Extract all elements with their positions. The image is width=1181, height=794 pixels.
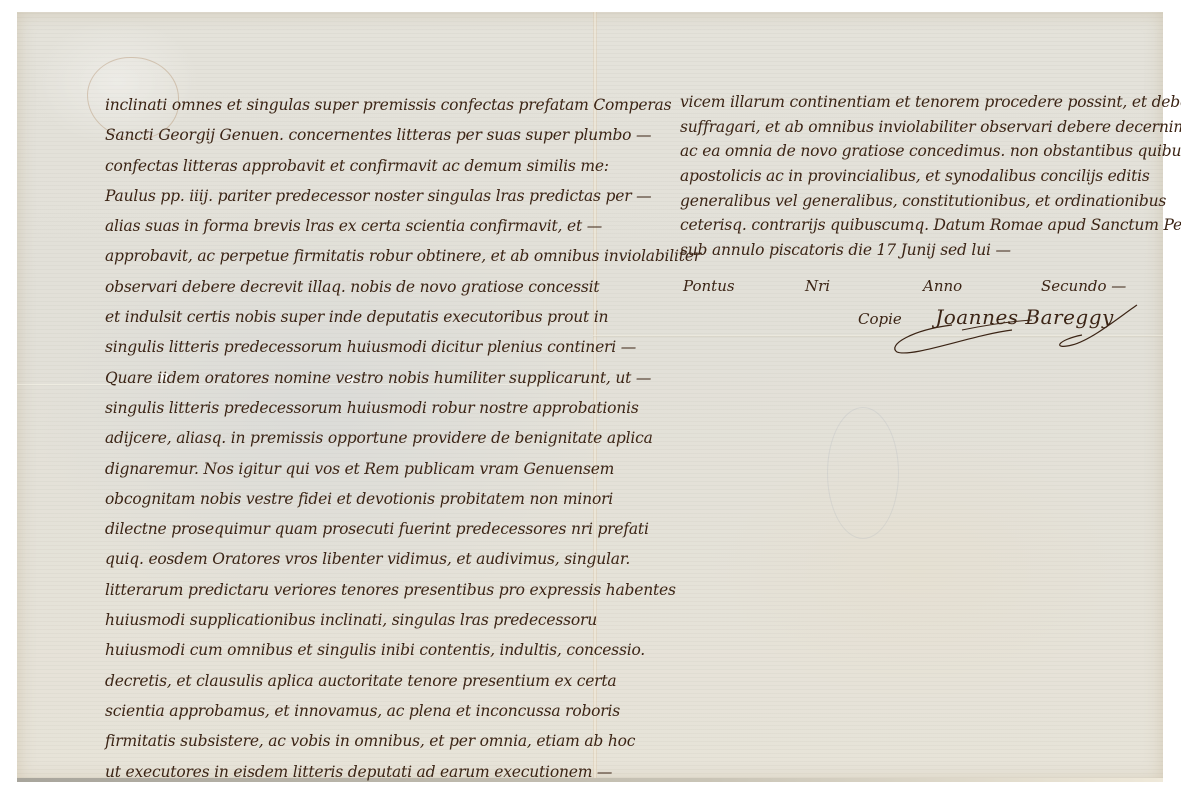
- text-line: alias suas in forma brevis lras ex certa…: [105, 211, 575, 241]
- text-line: scientia approbamus, et innovamus, ac pl…: [105, 696, 575, 726]
- text-line: ac ea omnia de novo gratiose concedimus.…: [680, 139, 1150, 164]
- text-line: firmitatis subsistere, ac vobis in omnib…: [105, 726, 575, 756]
- text-line: quiq. eosdem Oratores vros libenter vidi…: [105, 544, 575, 574]
- text-line: adijcere, aliasq. in premissis opportune…: [105, 423, 575, 453]
- left-text-column: inclinati omnes et singulas super premis…: [105, 90, 575, 787]
- dateline-word: Nri: [805, 277, 830, 295]
- signature-prefix: Copie: [858, 310, 902, 328]
- regnal-year-line: Pontus Nri Anno Secundo —: [683, 277, 1153, 301]
- text-line: obcognitam nobis vestre fidei et devotio…: [105, 484, 575, 514]
- text-line: Quare iidem oratores nomine vestro nobis…: [105, 363, 575, 393]
- text-line: et indulsit certis nobis super inde depu…: [105, 302, 575, 332]
- text-line: sub annulo piscatoris die 17 Junij sed l…: [680, 238, 1150, 263]
- text-line: dilectne prosequimur quam prosecuti fuer…: [105, 514, 575, 544]
- text-line: huiusmodi supplicationibus inclinati, si…: [105, 605, 575, 635]
- signature-block: Copie Joannes Bareggy: [858, 305, 1114, 329]
- text-line: confectas litteras approbavit et confirm…: [105, 151, 575, 181]
- text-line: decretis, et clausulis aplica auctoritat…: [105, 666, 575, 696]
- dateline-word: Anno: [923, 277, 962, 295]
- text-line: Sancti Georgij Genuen. concernentes litt…: [105, 120, 575, 150]
- text-line: apostolicis ac in provincialibus, et syn…: [680, 164, 1150, 189]
- text-line: suffragari, et ab omnibus inviolabiliter…: [680, 115, 1150, 140]
- text-line: generalibus vel generalibus, constitutio…: [680, 189, 1150, 214]
- faint-watermark: [827, 407, 899, 539]
- text-line: litterarum predictaru veriores tenores p…: [105, 575, 575, 605]
- text-line: huiusmodi cum omnibus et singulis inibi …: [105, 635, 575, 665]
- text-line: singulis litteris predecessorum huiusmod…: [105, 332, 575, 362]
- text-line: dignaremur. Nos igitur qui vos et Rem pu…: [105, 454, 575, 484]
- text-line: vicem illarum continentiam et tenorem pr…: [680, 90, 1150, 115]
- right-text-column: vicem illarum continentiam et tenorem pr…: [680, 90, 1150, 263]
- dateline-word: Pontus: [683, 277, 735, 295]
- text-line: observari debere decrevit illaq. nobis d…: [105, 272, 575, 302]
- text-line: Paulus pp. iiij. pariter predecessor nos…: [105, 181, 575, 211]
- dateline-word: Secundo —: [1041, 277, 1126, 295]
- text-line: ceterisq. contrarijs quibuscumq. Datum R…: [680, 213, 1150, 238]
- text-line: approbavit, ac perpetue firmitatis robur…: [105, 241, 575, 271]
- text-line: inclinati omnes et singulas super premis…: [105, 90, 575, 120]
- text-line: ut executores in eisdem litteris deputat…: [105, 757, 575, 787]
- text-line: singulis litteris predecessorum huiusmod…: [105, 393, 575, 423]
- signature-name: Joannes Bareggy: [935, 305, 1114, 329]
